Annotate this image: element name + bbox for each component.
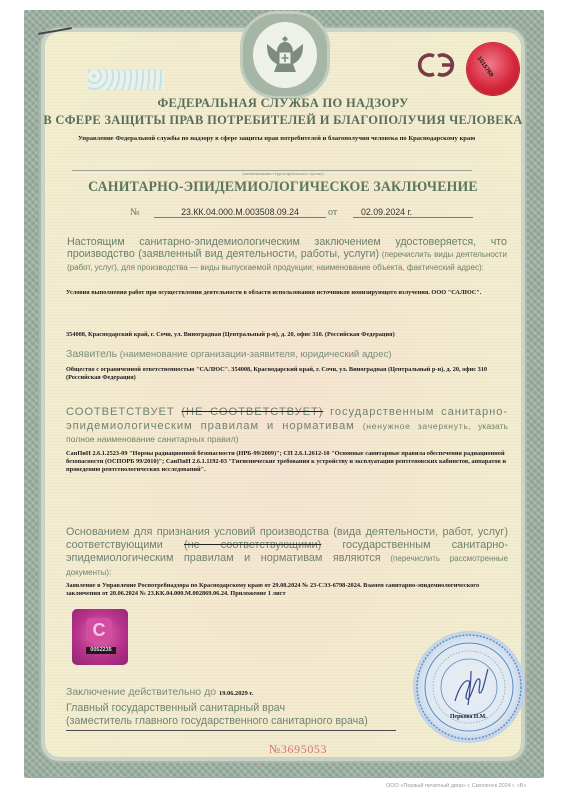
hologram-c-icon: C xyxy=(86,618,112,642)
hologram-sticker: C 0052235 xyxy=(72,609,128,665)
coat-of-arms-icon xyxy=(253,22,317,88)
basis-struck: (не соответствующими) xyxy=(184,539,321,551)
regional-office: Управление Федеральной службы по надзору… xyxy=(78,135,498,142)
applicant-label: Заявитель xyxy=(66,348,117,360)
issue-date: 02.09.2024 г. xyxy=(353,207,473,218)
applicant-heading: Заявитель (наименование организации-заяв… xyxy=(66,348,516,360)
valid-until-label: Заключение действительно до xyxy=(66,686,216,698)
activity-description: Условия выполнения работ при осуществлен… xyxy=(66,289,526,297)
hologram-seal-top: 1015769 xyxy=(467,43,519,95)
basis-paragraph: Основанием для признания условий произво… xyxy=(66,526,508,580)
not-complies-struck: (НЕ СООТВЕТСТВУЕТ) xyxy=(181,406,323,418)
hologram-top-serial: 1015769 xyxy=(476,56,494,79)
applicant-details: Общество с ограниченной ответственностью… xyxy=(66,366,506,382)
agency-name-line1: ФЕДЕРАЛЬНАЯ СЛУЖБА ПО НАДЗОРУ xyxy=(0,96,566,111)
regional-office-caption: (наименование территориального органа) xyxy=(0,171,566,176)
form-serial-number: №3695053 xyxy=(0,742,566,757)
date-label: от xyxy=(328,207,337,218)
applicant-hint: (наименование организации-заявителя, юри… xyxy=(117,349,391,360)
number-label: № xyxy=(130,207,140,218)
se-certification-mark-icon xyxy=(412,50,462,80)
agency-name-line2: В СФЕРЕ ЗАЩИТЫ ПРАВ ПОТРЕБИТЕЛЕЙ И БЛАГО… xyxy=(0,113,566,128)
reviewed-documents: Заявление в Управление Роспотребнадзора … xyxy=(66,582,506,598)
validity-line: Заключение действительно до19.06.2029 г. xyxy=(66,686,253,698)
certificate-number: 23.КК.04.000.М.003508.09.24 xyxy=(154,207,326,218)
intro-paragraph: Настоящим санитарно-эпидемиологическим з… xyxy=(67,236,507,275)
activity-address: 354008, Краснодарский край, г. Сочи, ул.… xyxy=(66,331,526,339)
signer-name: Перкова Н.М. xyxy=(450,714,487,720)
stamp-signature-icon xyxy=(413,631,525,743)
official-stamp xyxy=(413,631,525,743)
emblem-frame xyxy=(243,14,327,96)
chief-line1: Главный государственный санитарный врач xyxy=(66,702,396,715)
valid-until-date: 19.06.2029 г. xyxy=(219,690,253,697)
compliance-statement: СООТВЕТСТВУЕТ (НЕ СООТВЕТСТВУЕТ) государ… xyxy=(66,406,508,447)
complies-text: СООТВЕТСТВУЕТ xyxy=(66,406,181,418)
document-title: САНИТАРНО-ЭПИДЕМИОЛОГИЧЕСКОЕ ЗАКЛЮЧЕНИЕ xyxy=(23,179,544,196)
sanitary-rules: СанПиН 2.6.1.2523-09 "Нормы радиационной… xyxy=(66,450,506,473)
hologram-bottom-serial: 0052235 xyxy=(86,647,116,654)
chief-line2: (заместитель главного государственного с… xyxy=(66,715,396,728)
compliance-hint1: (ненужное зачеркнуть, xyxy=(363,421,472,431)
printer-imprint: ООО «Первый печатный двор» г. Смоленск 2… xyxy=(386,783,527,789)
chief-doctor-title: Главный государственный санитарный врач … xyxy=(66,702,396,731)
security-pattern xyxy=(88,70,164,90)
